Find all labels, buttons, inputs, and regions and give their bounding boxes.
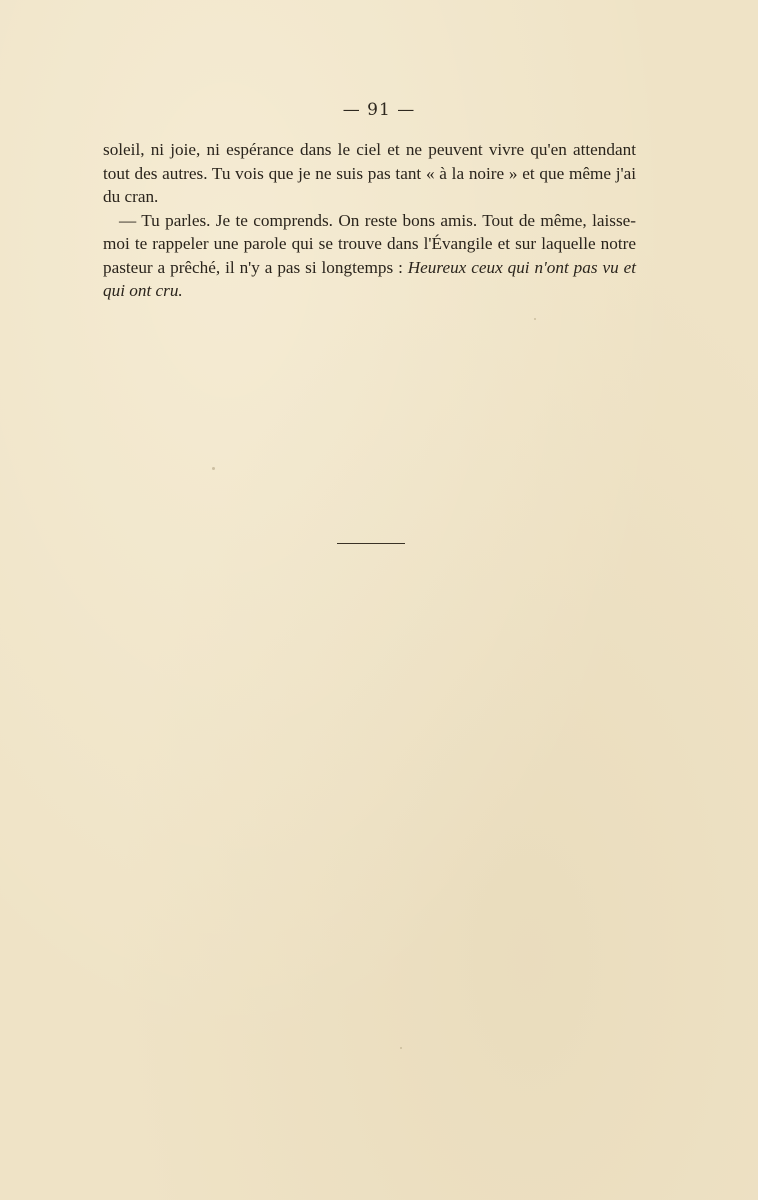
book-page: — 91 — soleil, ni joie, ni espérance dan… <box>0 0 758 1200</box>
section-end-rule <box>337 543 405 544</box>
body-text: soleil, ni joie, ni espérance dans le ci… <box>103 138 636 303</box>
paragraph-continuation: soleil, ni joie, ni espérance dans le ci… <box>103 138 636 209</box>
paragraph-dialogue: — Tu parles. Je te comprends. On reste b… <box>103 209 636 303</box>
page-number: — 91 — <box>0 100 758 120</box>
paper-speck <box>212 467 215 470</box>
paper-speck <box>400 1047 402 1049</box>
paper-speck <box>534 318 536 320</box>
